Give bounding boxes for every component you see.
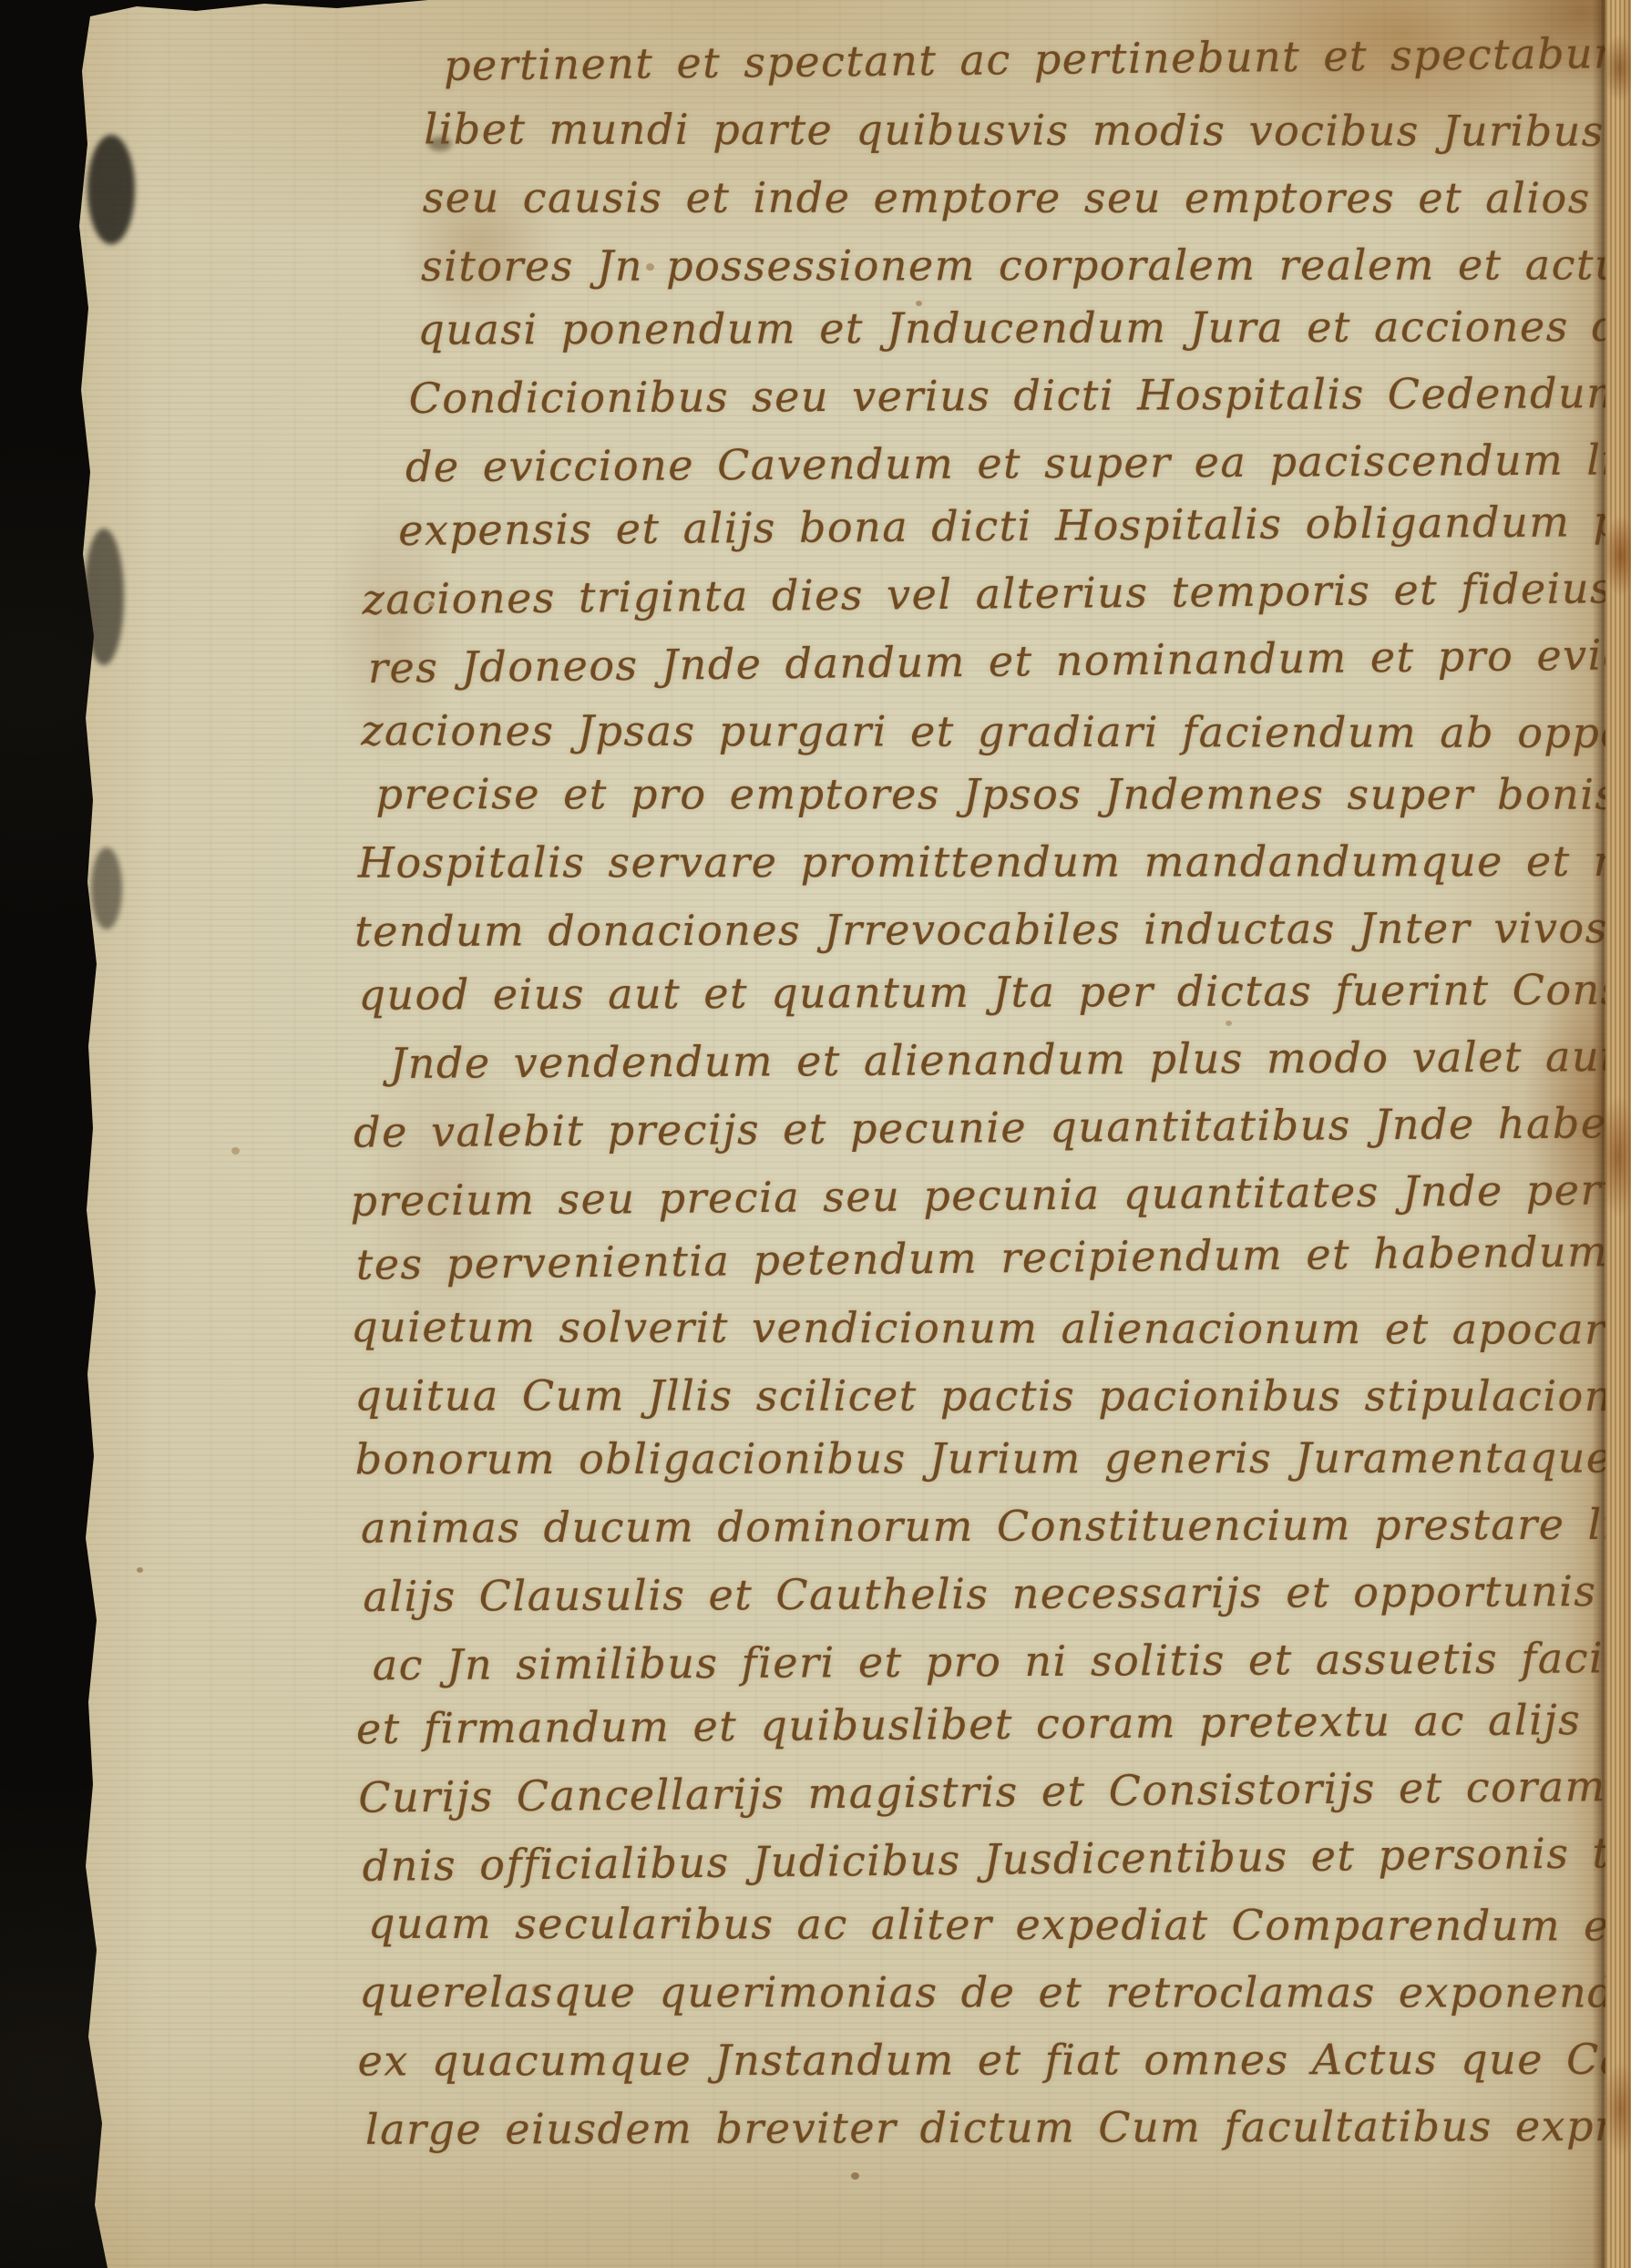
manuscript-line: de valebit precijs et pecunie quantitati… — [0, 1090, 1631, 1168]
manuscript-line: alijs Clausulis et Cauthelis necessarijs… — [2, 1558, 1631, 1632]
manuscript-line: querelasque querimonias de et retroclama… — [4, 1959, 1631, 2027]
book-fore-edge-pages — [1605, 0, 1631, 2268]
manuscript-line: precise et pro emptores Jpsos Jndemnes s… — [0, 761, 1630, 828]
manuscript-line: pertinent et spectant ac pertinebunt et … — [0, 20, 1626, 104]
manuscript-photo: pertinent et spectant ac pertinebunt et … — [0, 0, 1631, 2268]
manuscript-line: quitua Cum Jllis scilicet pactis pacioni… — [1, 1362, 1631, 1430]
manuscript-line: res Jdoneos Jnde dandum et nominandum et… — [0, 621, 1629, 705]
manuscript-line: Jnde vendendum et alienandum plus modo v… — [0, 1023, 1631, 1100]
manuscript-line: Hospitalis servare promittendum mandandu… — [0, 828, 1630, 897]
manuscript-line: seu causis et inde emptore seu emptores … — [0, 164, 1627, 231]
manuscript-line: quam secularibus ac aliter expediat Comp… — [4, 1890, 1631, 1959]
manuscript-line: expensis et alijs bona dicti Hospitalis … — [0, 488, 1629, 567]
manuscript-line: libet mundi parte quibusvis modis vocibu… — [0, 95, 1626, 164]
text-block: pertinent et spectant ac pertinebunt et … — [0, 27, 1631, 2163]
manuscript-line: Condicionibus seu verius dicti Hospitali… — [0, 360, 1628, 434]
manuscript-line: tendum donaciones Jrrevocabiles inductas… — [0, 895, 1630, 966]
manuscript-line: large eiusdem breviter dictum Cum facult… — [5, 2093, 1631, 2164]
manuscript-line: ex quacumque Jnstandum et fiat omnes Act… — [5, 2027, 1631, 2095]
manuscript-page: pertinent et spectant ac pertinebunt et … — [0, 0, 1631, 2268]
manuscript-line: et firmandum et quibuslibet coram pretex… — [3, 1687, 1631, 1765]
foxing-specks — [0, 0, 6, 5]
manuscript-line: bonorum obligacionibus Jurium generis Ju… — [2, 1425, 1631, 1493]
manuscript-line: zaciones Jpsas purgari et gradiari facie… — [0, 697, 1629, 766]
manuscript-line: animas ducum dominorum Constituencium pr… — [2, 1492, 1631, 1563]
manuscript-line: sitores Jn possessionem corporalem reale… — [0, 231, 1627, 300]
manuscript-line: quasi ponendum et Jnducendum Jura et acc… — [0, 293, 1627, 364]
manuscript-line: quietum solverit vendicionum alienacionu… — [1, 1293, 1631, 1362]
manuscript-line: quod eius aut et quantum Jta per dictas … — [0, 957, 1631, 1031]
